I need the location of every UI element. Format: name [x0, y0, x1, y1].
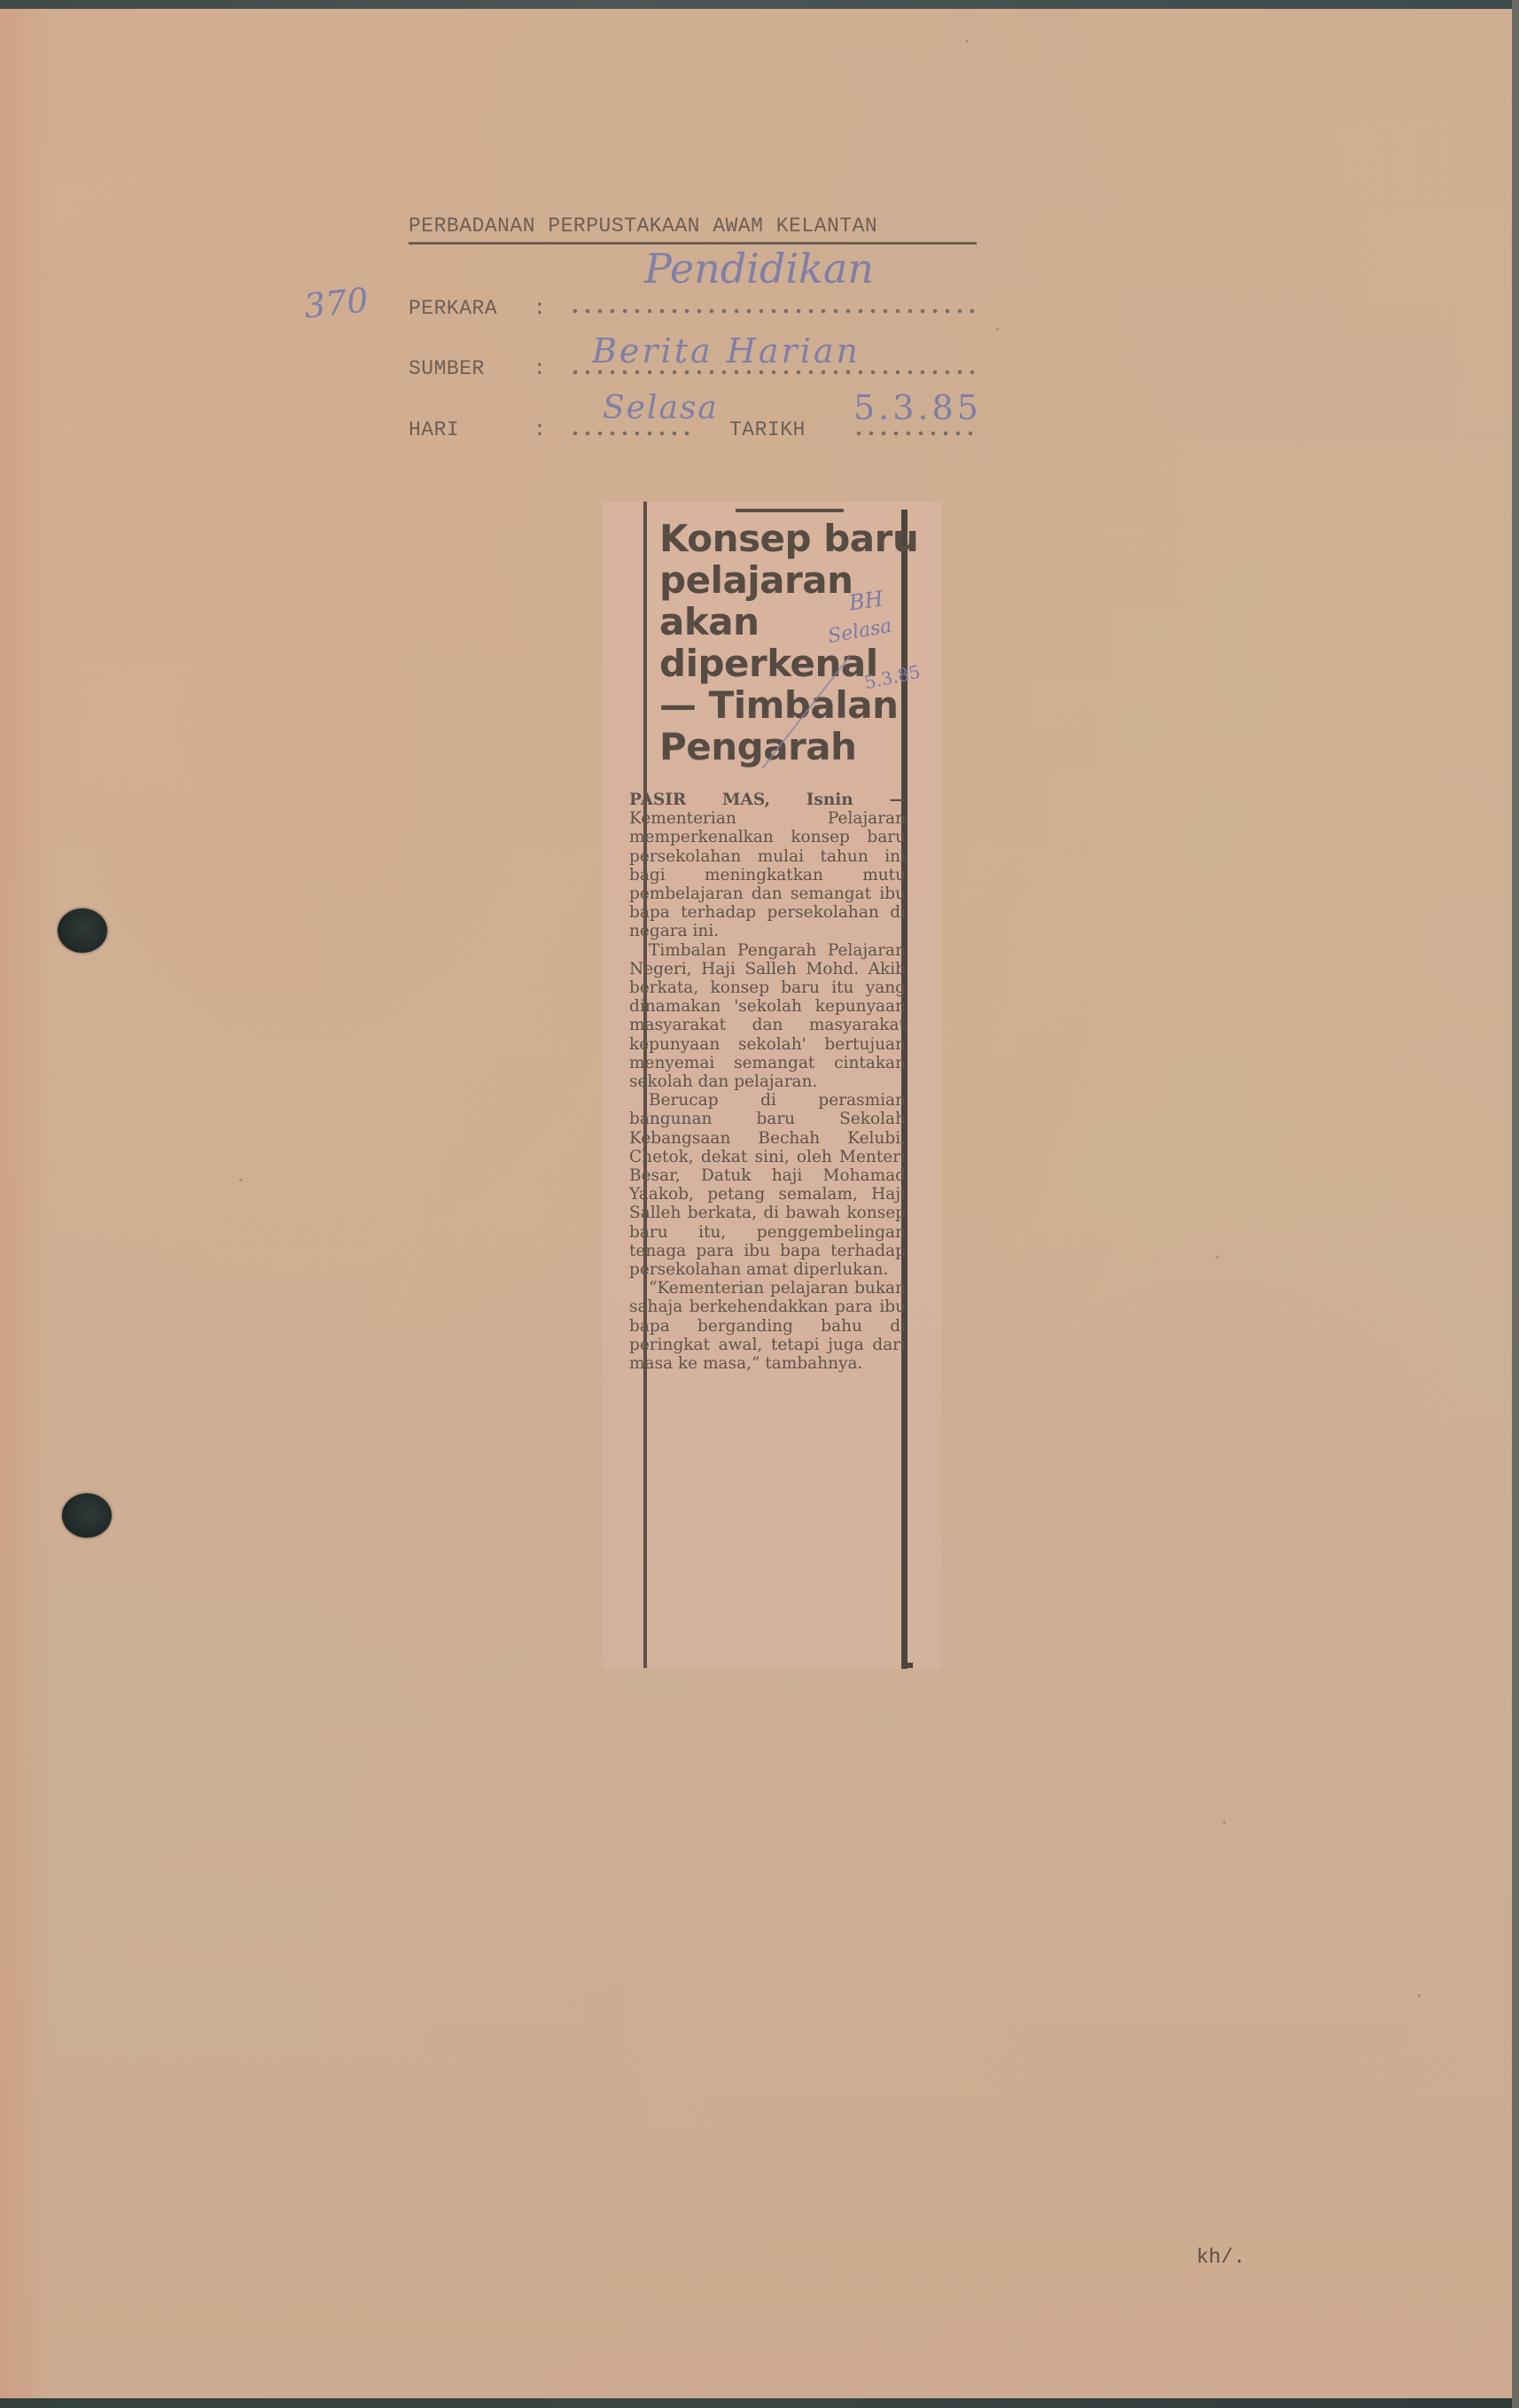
paper-edge-shading: [0, 9, 53, 2398]
clipping-column-rule-foot: [901, 1663, 913, 1668]
field-colon-sumber: :: [534, 357, 546, 380]
scanner-bezel-bottom: [0, 2398, 1519, 2408]
paper-speck: [966, 40, 969, 43]
dotted-line-tarikh: [853, 431, 977, 436]
scanner-bezel-top: [0, 0, 1519, 9]
clipping-top-rule: [736, 509, 844, 512]
dotted-line-hari: [569, 431, 691, 436]
paper-speck: [1216, 1256, 1219, 1259]
classification-number: 370: [302, 280, 370, 325]
clipping-headline: Konsep baru pelajaran akan diperkenal — …: [659, 518, 908, 768]
paper-speck: [239, 1179, 242, 1181]
field-label-sumber: SUMBER: [409, 357, 485, 380]
scanner-bezel-right: [1512, 0, 1519, 2408]
punch-hole-upper: [58, 908, 107, 953]
headline-line: Pengarah: [659, 726, 908, 768]
field-value-tarikh: 5.3.85: [853, 388, 982, 427]
typist-initials: kh/.: [1196, 2246, 1245, 2269]
field-value-perkara: Pendidikan: [644, 245, 874, 292]
headline-line: Konsep baru: [659, 518, 908, 559]
annotation-source: BH: [847, 586, 884, 615]
field-value-hari: Selasa: [603, 390, 719, 426]
article-paragraph: Berucap di perasmian bangunan baru Sekol…: [629, 1091, 906, 1279]
article-paragraph-text: Kementerian Pelajaran memperkenalkan kon…: [629, 809, 906, 940]
field-colon-hari: :: [534, 418, 546, 441]
field-label-tarikh: TARIKH: [729, 418, 806, 441]
field-value-sumber: Berita Harian: [592, 331, 861, 370]
paper-speck: [996, 328, 999, 331]
paper-speck: [1418, 1994, 1421, 1997]
field-colon-perkara: :: [534, 297, 546, 320]
field-label-hari: HARI: [409, 418, 459, 441]
field-label-perkara: PERKARA: [409, 297, 497, 320]
article-paragraph: “Kementerian pelajaran bukan sahaja berk…: [629, 1279, 906, 1373]
dotted-line-perkara: [569, 308, 977, 314]
punch-hole-lower: [62, 1493, 112, 1538]
clipping-article-body: PASIR MAS, Isnin — Kementerian Pelajaran…: [629, 791, 906, 1373]
paper-speck: [1223, 1821, 1226, 1824]
article-dateline: PASIR MAS, Isnin —: [629, 791, 906, 809]
organization-title: PERBADANAN PERPUSTAKAAN AWAM KELANTAN: [409, 214, 877, 238]
article-paragraph: PASIR MAS, Isnin — Kementerian Pelajaran…: [629, 791, 906, 941]
article-paragraph: Timbalan Pengarah Pelajaran Negeri, Haji…: [629, 941, 906, 1092]
